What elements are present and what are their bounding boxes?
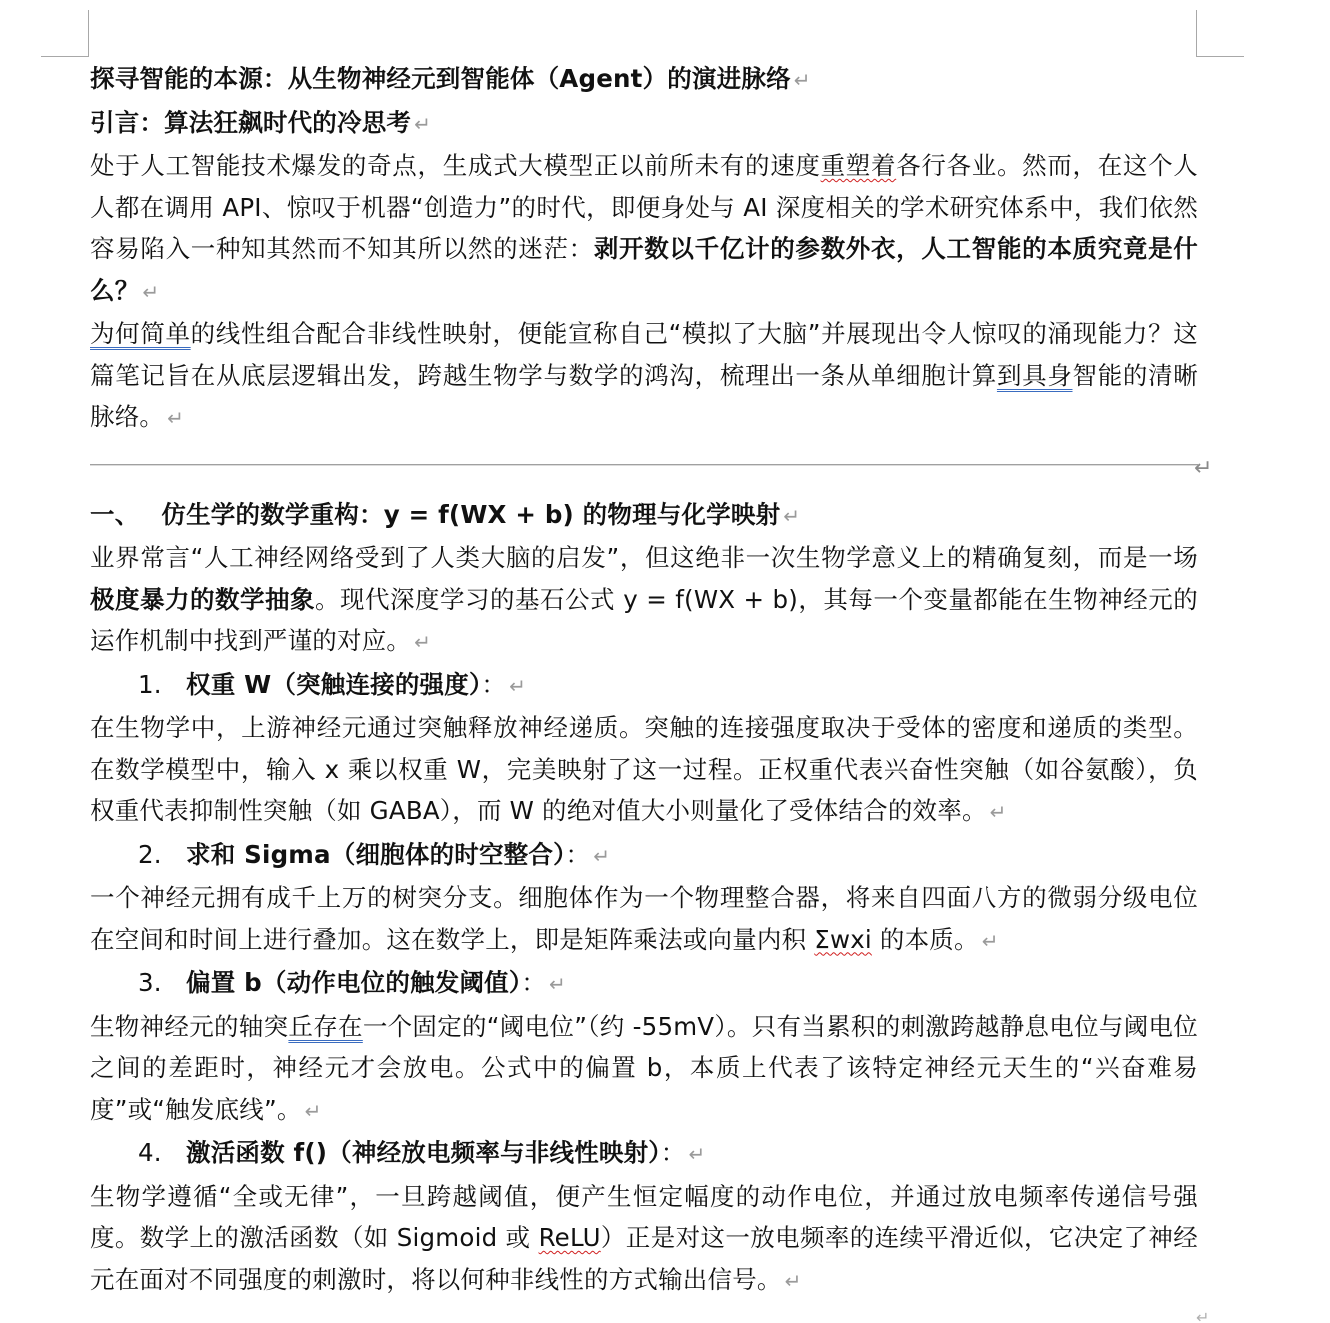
- section-1-heading: 一、仿生学的数学重构：y = f(WX + b) 的物理与化学映射↵: [90, 494, 1198, 538]
- paragraph-mark-icon: ↵: [1194, 448, 1213, 490]
- text-run: 一个神经元拥有成千上万的树突分支。细胞体作为一个物理整合器，将来自四面八方的微弱…: [90, 883, 1198, 954]
- paragraph-mark-icon: ↵: [982, 929, 999, 953]
- crop-mark-top-left: [41, 56, 89, 57]
- intro-heading: 引言：算法狂飙时代的冷思考↵: [90, 102, 1198, 146]
- list-item-activation-body: 生物学遵循“全或无律”，一旦跨越阈值，便产生恒定幅度的动作电位，并通过放电频率传…: [90, 1176, 1198, 1303]
- paragraph-mark-icon: ↵: [414, 112, 431, 136]
- text-run: 生物神经元的轴突: [90, 1012, 288, 1041]
- list-item-sigma: 2.求和 Sigma（细胞体的时空整合）：↵: [90, 834, 1198, 878]
- list-item-title: 偏置 b（动作电位的触发阈值）: [186, 968, 521, 997]
- colon: ：: [566, 840, 591, 869]
- intro-paragraph-2: 为何简单的线性组合配合非线性映射，便能宣称自己“模拟了大脑”并展现出令人惊叹的涌…: [90, 313, 1198, 440]
- intro-heading-text: 引言：算法狂飙时代的冷思考: [90, 108, 411, 137]
- paragraph-mark-icon: ↵: [593, 844, 610, 868]
- document-page[interactable]: 探寻智能的本源：从生物神经元到智能体（Agent）的演进脉络↵ 引言：算法狂飙时…: [90, 58, 1198, 1302]
- colon: ：: [521, 968, 546, 997]
- grammar-flag-run[interactable]: 为何简单: [90, 319, 191, 348]
- paragraph-mark-icon: ↵: [688, 1142, 705, 1166]
- paragraph-mark-icon: ↵: [305, 1099, 322, 1123]
- list-number: 4.: [138, 1132, 186, 1174]
- paragraph-mark-icon: ↵: [142, 280, 159, 304]
- list-item-title: 求和 Sigma（细胞体的时空整合）: [186, 840, 566, 869]
- document-title: 探寻智能的本源：从生物神经元到智能体（Agent）的演进脉络↵: [90, 58, 1198, 102]
- text-run: 处于人工智能技术爆发的奇点，生成式大模型正以前所未有的速度: [90, 151, 821, 180]
- list-number: 3.: [138, 962, 186, 1004]
- spelling-error-run[interactable]: Σwxi: [814, 925, 872, 954]
- crop-mark-top-right: [1196, 10, 1197, 57]
- list-item-sigma-body: 一个神经元拥有成千上万的树突分支。细胞体作为一个物理整合器，将来自四面八方的微弱…: [90, 877, 1198, 962]
- paragraph-mark-icon: ↵: [414, 630, 431, 654]
- list-number: 2.: [138, 834, 186, 876]
- intro-paragraph-1: 处于人工智能技术爆发的奇点，生成式大模型正以前所未有的速度重塑着各行各业。然而，…: [90, 145, 1198, 313]
- paragraph-mark-icon: ↵: [549, 972, 566, 996]
- list-item-weight-body: 在生物学中，上游神经元通过突触释放神经递质。突触的连接强度取决于受体的密度和递质…: [90, 707, 1198, 834]
- list-item-bias: 3.偏置 b（动作电位的触发阈值）：↵: [90, 962, 1198, 1006]
- list-item-activation: 4.激活函数 f()（神经放电频率与非线性映射）：↵: [90, 1132, 1198, 1176]
- section-heading-text: 仿生学的数学重构：y = f(WX + b) 的物理与化学映射: [161, 500, 780, 529]
- list-item-title: 权重 W（突触连接的强度）: [186, 670, 481, 699]
- colon: ：: [481, 670, 506, 699]
- paragraph-mark-icon: ↵: [1196, 1308, 1209, 1323]
- list-item-weight: 1.权重 W（突触连接的强度）：↵: [90, 664, 1198, 708]
- grammar-flag-run[interactable]: 到具身: [997, 361, 1073, 390]
- list-item-bias-body: 生物神经元的轴突丘存在一个固定的“阈电位”（约 -55mV）。只有当累积的刺激跨…: [90, 1006, 1198, 1133]
- list-item-title: 激活函数 f()（神经放电频率与非线性映射）: [186, 1138, 661, 1167]
- paragraph-mark-icon: ↵: [990, 800, 1007, 824]
- text-run: 业界常言“人工神经网络受到了人类大脑的启发”，但这绝非一次生物学意义上的精确复刻…: [90, 543, 1198, 572]
- spelling-error-run[interactable]: 重塑着: [821, 151, 897, 180]
- crop-mark-top-right: [1196, 56, 1244, 57]
- divider-line: [90, 464, 1198, 466]
- title-text: 探寻智能的本源：从生物神经元到智能体（Agent）的演进脉络: [90, 64, 791, 93]
- paragraph-mark-icon: ↵: [509, 674, 526, 698]
- text-run: 在生物学中，上游神经元通过突触释放神经递质。突触的连接强度取决于受体的密度和递质…: [90, 713, 1198, 825]
- horizontal-rule: ↵: [90, 454, 1198, 494]
- grammar-flag-run[interactable]: 丘存在: [288, 1012, 362, 1041]
- colon: ：: [661, 1138, 686, 1167]
- section-1-paragraph: 业界常言“人工神经网络受到了人类大脑的启发”，但这绝非一次生物学意义上的精确复刻…: [90, 537, 1198, 664]
- paragraph-mark-icon: ↵: [794, 68, 811, 92]
- text-run: 的本质。: [872, 925, 979, 954]
- spelling-error-run[interactable]: ReLU: [539, 1223, 601, 1252]
- paragraph-mark-icon: ↵: [167, 406, 184, 430]
- list-number: 1.: [138, 664, 186, 706]
- section-number: 一、: [90, 500, 139, 529]
- paragraph-mark-icon: ↵: [785, 1269, 802, 1293]
- paragraph-mark-icon: ↵: [783, 504, 800, 528]
- crop-mark-top-left: [88, 10, 89, 57]
- bold-run: 极度暴力的数学抽象: [90, 585, 315, 614]
